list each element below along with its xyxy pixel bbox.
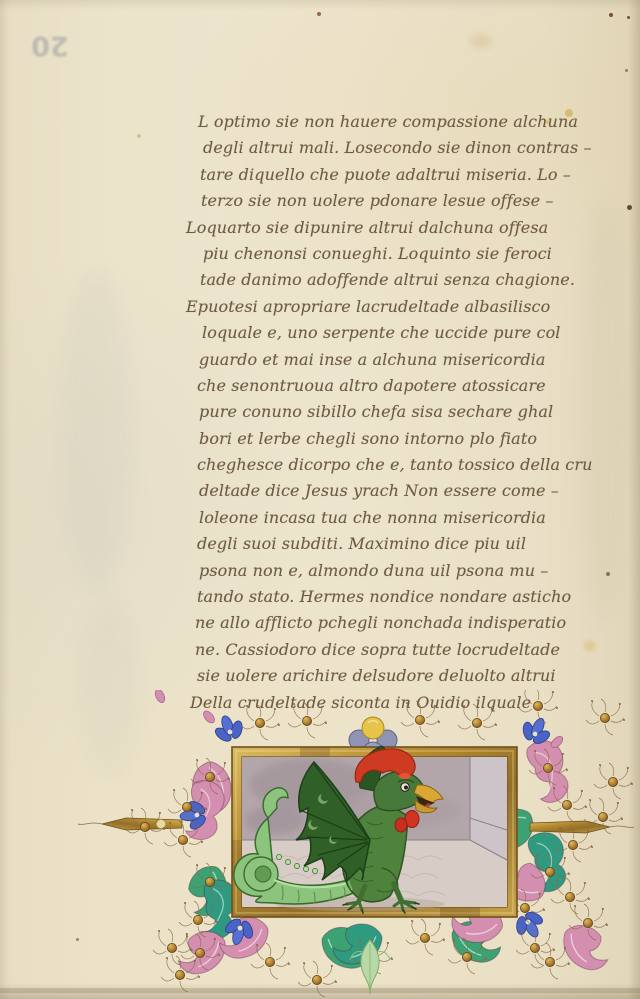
text-line: terzo sie non uolere pdonare lesue offes… xyxy=(201,188,586,214)
gold-dart xyxy=(78,818,182,830)
text-line: ne allo afflicto pchegli nonchada indisp… xyxy=(195,610,586,636)
fox-spot xyxy=(609,13,613,17)
text-line: Epuotesi apropriare lacrudeltade albasil… xyxy=(186,294,586,320)
stain xyxy=(470,34,492,48)
pink-bud xyxy=(201,709,216,725)
text-line: loleone incasa tua che nonna misericordi… xyxy=(199,505,586,531)
gold-dart xyxy=(530,821,634,833)
blue-flower xyxy=(209,710,249,747)
wattle xyxy=(395,818,407,832)
text-line: guardo et mai inse a alchuna misericordi… xyxy=(199,347,586,373)
text-line: tando stato. Hermes nondice nondare asti… xyxy=(197,584,586,610)
text-line: pure conuno sibillo chefa sisa sechare g… xyxy=(199,399,586,425)
text-block: L optimo sie non hauere compassione alch… xyxy=(186,109,586,716)
text-line: ne. Cassiodoro dice sopra tutte locrudel… xyxy=(195,637,586,663)
text-line: tade danimo adoffende altrui senza chagi… xyxy=(200,267,586,293)
miniature-panel xyxy=(60,690,640,999)
text-line: sie uolere arichire delsudore deluolto a… xyxy=(197,663,586,689)
text-line: loquale e, uno serpente che uccide pure … xyxy=(202,320,586,346)
text-line: psona non e, almondo duna uil psona mu – xyxy=(199,558,586,584)
bleedthrough-folio-number: 20 xyxy=(28,30,72,61)
verso-showthrough xyxy=(62,270,132,590)
fox-spot xyxy=(137,134,141,138)
text-line: Loquarto sie dipunire altrui dalchuna of… xyxy=(186,215,586,241)
fox-spot xyxy=(606,572,610,576)
text-line: piu chenonsi conueghi. Loquinto sie fero… xyxy=(203,241,586,267)
fox-spot xyxy=(317,12,321,16)
manuscript-page: 20 L optimo sie non hauere compassione a… xyxy=(0,0,640,999)
pink-bud xyxy=(153,690,166,704)
text-line: che senontruoua altro dapotere atossicar… xyxy=(197,373,586,399)
text-line: cheghesce dicorpo che e, tanto tossico d… xyxy=(197,452,586,478)
fox-spot xyxy=(627,205,632,210)
verso-showthrough xyxy=(580,200,630,620)
fox-spot xyxy=(625,69,628,72)
text-line: degli altrui mali. Losecondo sie dinon c… xyxy=(203,135,586,161)
text-line: deltade dice Jesus yrach Non essere come… xyxy=(199,478,586,504)
page-edge-top xyxy=(0,0,640,10)
fox-spot xyxy=(627,16,630,19)
text-line: bori et lerbe chegli sono intorno plo fi… xyxy=(199,426,586,452)
text-line: L optimo sie non hauere compassione alch… xyxy=(198,109,586,135)
text-line: degli suoi subditi. Maximino dice piu ui… xyxy=(197,531,586,557)
tongue xyxy=(426,803,430,807)
page-edge-left xyxy=(0,0,10,999)
text-line: tare diquello che puote adaltrui miseria… xyxy=(200,162,586,188)
